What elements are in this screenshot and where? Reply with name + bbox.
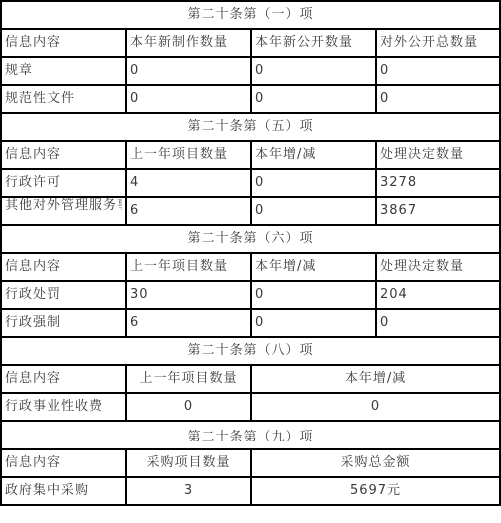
table-cell: 0	[251, 309, 376, 337]
table-row: 行政事业性收费 0 0	[1, 393, 500, 421]
row-label: 行政处罚	[1, 281, 126, 309]
column-header: 上一年项目数量	[126, 253, 251, 281]
table-row: 其他对外管理服务事项 6 0 3867	[1, 197, 500, 225]
column-header: 处理决定数量	[376, 253, 500, 281]
section-title: 第二十条第（五）项	[1, 113, 500, 141]
table-cell: 0	[251, 85, 376, 113]
table-cell: 204	[376, 281, 500, 309]
section-title: 第二十条第（六）项	[1, 225, 500, 253]
column-header: 本年增/减	[251, 365, 500, 393]
section-title-text: 第二十条第（九）项	[5, 430, 496, 441]
column-header: 信息内容	[1, 141, 126, 169]
table-cell: 6	[126, 309, 251, 337]
table-row: 行政许可 4 0 3278	[1, 169, 500, 197]
section-title: 第二十条第（九）项	[1, 421, 500, 449]
header-row: 信息内容 本年新制作数量 本年新公开数量 对外公开总数量	[1, 29, 500, 57]
section-title-row: 第二十条第（八）项	[1, 337, 500, 365]
column-header: 对外公开总数量	[376, 29, 500, 57]
header-row: 信息内容 上一年项目数量 本年增/减 处理决定数量	[1, 253, 500, 281]
column-header: 信息内容	[1, 449, 126, 477]
column-header: 上一年项目数量	[126, 141, 251, 169]
section-title-row: 第二十条第（九）项	[1, 421, 500, 449]
table-cell: 0	[376, 85, 500, 113]
header-row: 信息内容 上一年项目数量 本年增/减	[1, 365, 500, 393]
table-cell: 0	[376, 309, 500, 337]
row-label: 行政强制	[1, 309, 126, 337]
disclosure-table: 第二十条第（一）项 信息内容 本年新制作数量 本年新公开数量 对外公开总数量 规…	[0, 0, 501, 506]
column-header: 本年增/减	[251, 141, 376, 169]
column-header: 本年增/减	[251, 253, 376, 281]
table-cell: 3	[126, 477, 251, 505]
table-cell: 4	[126, 169, 251, 197]
row-label: 政府集中采购	[1, 477, 126, 505]
table-cell: 0	[251, 281, 376, 309]
table-cell: 0	[251, 169, 376, 197]
table-cell: 0	[251, 197, 376, 225]
section-title-label: 第二十条第（九）项	[5, 430, 496, 441]
section-title-row: 第二十条第（六）项	[1, 225, 500, 253]
table-cell: 0	[376, 57, 500, 85]
column-header: 信息内容	[1, 365, 126, 393]
column-header: 采购项目数量	[126, 449, 251, 477]
table-cell: 30	[126, 281, 251, 309]
column-header: 处理决定数量	[376, 141, 500, 169]
table-cell: 5697元	[251, 477, 500, 505]
column-header: 本年新制作数量	[126, 29, 251, 57]
column-header: 信息内容	[1, 29, 126, 57]
table-cell: 0	[126, 85, 251, 113]
section-title: 第二十条第（八）项	[1, 337, 500, 365]
table-cell: 6	[126, 197, 251, 225]
table-row: 规章 0 0 0	[1, 57, 500, 85]
column-header: 采购总金额	[251, 449, 500, 477]
section-title-row: 第二十条第（五）项	[1, 113, 500, 141]
section-title: 第二十条第（一）项	[1, 1, 500, 29]
row-label: 规章	[1, 57, 126, 85]
header-row: 信息内容 采购项目数量 采购总金额	[1, 449, 500, 477]
table-cell: 3278	[376, 169, 500, 197]
table-row: 行政强制 6 0 0	[1, 309, 500, 337]
column-header: 本年新公开数量	[251, 29, 376, 57]
header-row: 信息内容 上一年项目数量 本年增/减 处理决定数量	[1, 141, 500, 169]
row-label: 其他对外管理服务事项	[1, 197, 126, 225]
disclosure-report: 第二十条第（一）项 信息内容 本年新制作数量 本年新公开数量 对外公开总数量 规…	[0, 0, 499, 522]
section-title-row: 第二十条第（一）项	[1, 1, 500, 29]
table-cell: 0	[126, 393, 251, 421]
table-cell: 0	[251, 57, 376, 85]
table-cell: 0	[251, 393, 500, 421]
row-label-text: 其他对外管理服务事项	[5, 198, 122, 224]
table-cell: 3867	[376, 197, 500, 225]
table-row: 行政处罚 30 0 204	[1, 281, 500, 309]
column-header: 上一年项目数量	[126, 365, 251, 393]
column-header: 信息内容	[1, 253, 126, 281]
table-row: 规范性文件 0 0 0	[1, 85, 500, 113]
table-cell: 0	[126, 57, 251, 85]
row-label: 行政事业性收费	[1, 393, 126, 421]
table-row: 政府集中采购 3 5697元	[1, 477, 500, 505]
row-label: 行政许可	[1, 169, 126, 197]
row-label: 规范性文件	[1, 85, 126, 113]
